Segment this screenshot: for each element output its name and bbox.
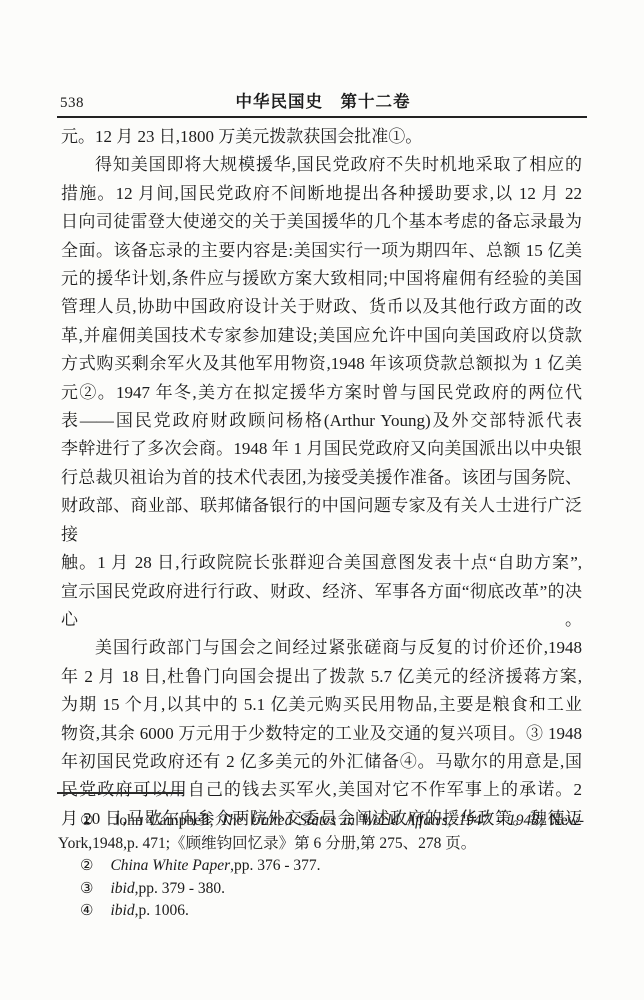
footnote-italic-text: 1947 - 1948 <box>458 812 539 829</box>
text-line: 年 2 月 18 日,杜鲁门向国会提出了拨款 5.7 亿美元的经济援蒋方案, <box>61 663 582 691</box>
text-line: 元的援华计划,条件应与援欧方案大致相同;中国将雇佣有经验的美国 <box>61 265 582 293</box>
text-line: 得知美国即将大规模援华,国民党政府不失时机地采取了相应的 <box>61 151 582 179</box>
header-rule <box>57 116 587 118</box>
text-line: 表——国民党政府财政顾问杨格(Arthur Young)及外交部特派代表 <box>61 407 582 435</box>
page-number: 538 <box>60 95 150 112</box>
footnote-text: , New- <box>539 812 584 829</box>
text-line: 财政部、商业部、联邦储备银行的中国问题专家及有关人士进行广泛接 <box>61 492 582 549</box>
footnote-text: ,p. 1006. <box>135 902 189 919</box>
text-line: 触。1 月 28 日,行政院院长张群迎合美国意图发表十点“自助方案”, <box>61 549 582 577</box>
footnote-line: ①John Campbell, The United States in Wor… <box>58 810 584 833</box>
text-line: 革,并雇佣美国技术专家参加建设;美国应允许中国向美国政府以贷款 <box>61 322 582 350</box>
footnote-separator <box>57 792 184 794</box>
book-title: 中华民国史 第十二卷 <box>150 88 496 112</box>
footnote-text: ,pp. 376 - 377. <box>230 857 320 874</box>
footnote-text: ,pp. 379 - 380. <box>135 880 225 897</box>
footnote-text: John Campbell, <box>113 812 220 829</box>
footnote-marker: ④ <box>80 903 93 919</box>
text-line: 行总裁贝祖诒为首的技术代表团,为接受美援作准备。该团与国务院、 <box>61 464 582 492</box>
footnote-italic-text: The United States in World Affairs <box>220 812 447 829</box>
footnote-text: , <box>448 812 459 829</box>
footnote-italic-text: ibid <box>110 880 134 897</box>
text-line: 美国行政部门与国会之间经过紧张磋商与反复的讨价还价,1948 <box>61 634 582 662</box>
text-line: 全面。该备忘录的主要内容是:美国实行一项为期四年、总额 15 亿美 <box>61 237 582 265</box>
footnote-line: ③ibid,pp. 379 - 380. <box>58 878 584 901</box>
text-line: 元。12 月 23 日,1800 万美元拨款获国会批准①。 <box>61 123 582 151</box>
text-line: 元②。1947 年冬,美方在拟定援华方案时曾与国民党政府的两位代 <box>61 379 582 407</box>
text-line: 宣示国民党政府进行行政、财政、经济、军事各方面“彻底改革”的决心。 <box>61 578 582 635</box>
footnote-marker: ① <box>80 813 96 829</box>
footnote-line: ②China White Paper,pp. 376 - 377. <box>58 855 584 878</box>
body-text: 元。12 月 23 日,1800 万美元拨款获国会批准①。得知美国即将大规模援华… <box>61 123 582 833</box>
text-line: 李幹进行了多次会商。1948 年 1 月国民党政府又向美国派出以中央银 <box>61 435 582 463</box>
page-header: 538 中华民国史 第十二卷 <box>60 88 586 112</box>
footnotes: ①John Campbell, The United States in Wor… <box>58 810 584 923</box>
text-line: 日向司徒雷登大使递交的关于美国援华的几个基本考虑的备忘录最为 <box>61 208 582 236</box>
text-line: 年初国民党政府还有 2 亿多美元的外汇储备④。马歇尔的用意是,国 <box>61 748 582 776</box>
text-line: 管理人员,协助中国政府设计关于财政、货币以及其他行政方面的改 <box>61 293 582 321</box>
text-line: 为期 15 个月,以其中的 5.1 亿美元购买民用物品,主要是粮食和工业 <box>61 691 582 719</box>
footnote-line: ④ibid,p. 1006. <box>58 900 584 923</box>
text-line: 方式购买剩余军火及其他军用物资,1948 年该项贷款总额拟为 1 亿美 <box>61 350 582 378</box>
footnote-text: York,1948,p. 471;《顾维钧回忆录》第 6 分册,第 275、27… <box>58 835 476 852</box>
text-line: 民党政府可以用自己的钱去买军火,美国对它不作军事上的承诺。2 <box>61 776 582 804</box>
footnote-marker: ③ <box>80 881 93 897</box>
footnote-marker: ② <box>80 858 93 874</box>
footnote-italic-text: ibid <box>110 902 134 919</box>
footnote-continuation-line: York,1948,p. 471;《顾维钧回忆录》第 6 分册,第 275、27… <box>58 833 584 856</box>
text-line: 措施。12 月间,国民党政府不间断地提出各种援助要求,以 12 月 22 <box>61 180 582 208</box>
book-page: 538 中华民国史 第十二卷 元。12 月 23 日,1800 万美元拨款获国会… <box>0 0 644 1000</box>
text-line: 物资,其余 6000 万元用于少数特定的工业及交通的复兴项目。③ 1948 <box>61 720 582 748</box>
footnote-italic-text: China White Paper <box>110 857 230 874</box>
